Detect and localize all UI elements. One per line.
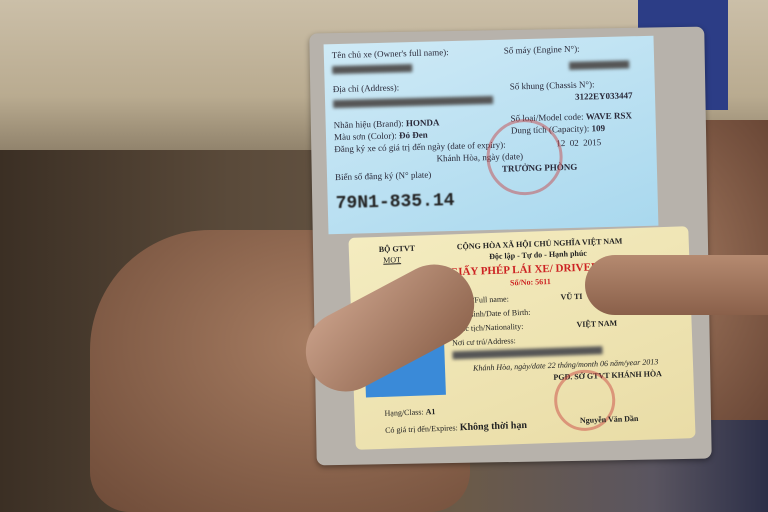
chassis-value: 3122EY033447 — [575, 90, 633, 102]
republic: CỘNG HÒA XÃ HỘI CHỦ NGHĨA VIỆT NAM — [457, 236, 623, 251]
plate-value: 79N1-835.14 — [335, 191, 454, 214]
engine-number-redacted — [569, 58, 629, 70]
official-stamp — [486, 118, 564, 196]
chassis-label: Số khung (Chassis N°): — [510, 79, 595, 91]
motto: Độc lập - Tự do - Hạnh phúc — [489, 249, 587, 261]
owner-name-redacted — [332, 62, 412, 74]
engine-label: Số máy (Engine N°): — [504, 44, 580, 56]
signer: Nguyễn Văn Dần — [580, 414, 639, 425]
right-thumb — [585, 255, 768, 315]
plate-label: Biển số đăng ký (N° plate) — [335, 170, 432, 183]
issued-date: 12 02 2015 — [556, 137, 601, 148]
brand-value: HONDA — [406, 117, 440, 128]
nationality-value: VIỆT NAM — [576, 319, 617, 329]
color-row: Màu sơn (Color): Đỏ Đen — [334, 130, 428, 142]
license-number: Số/No: 5611 — [510, 277, 551, 287]
address-label: Địa chỉ (Address): — [333, 82, 400, 94]
brand-label: Nhãn hiệu (Brand): — [334, 118, 404, 130]
address-redacted — [333, 94, 493, 108]
class-row: Hạng/Class: A1 — [384, 407, 435, 418]
color-value: Đỏ Đen — [399, 130, 428, 141]
owner-label: Tên chủ xe (Owner's full name): — [332, 47, 449, 60]
license-title: GIẤY PHÉP LÁI XE/ DRIVER'S — [449, 261, 608, 279]
brand-row: Nhãn hiệu (Brand): HONDA — [334, 117, 440, 130]
capacity-value: 109 — [591, 123, 605, 133]
ministry: BỘ GTVT — [379, 244, 416, 254]
address-label: Nơi cư trú/Address: — [452, 336, 516, 347]
color-label: Màu sơn (Color): — [334, 130, 397, 142]
name-value: VŨ TI — [560, 292, 582, 302]
vehicle-registration-card: Tên chủ xe (Owner's full name): Số máy (… — [324, 36, 659, 235]
address-redacted — [452, 345, 602, 359]
expires-row: Có giá trị đến/Expires: Không thời hạn — [385, 420, 527, 436]
model-value: WAVE RSX — [586, 110, 632, 121]
ministry-en: MOT — [383, 255, 401, 265]
